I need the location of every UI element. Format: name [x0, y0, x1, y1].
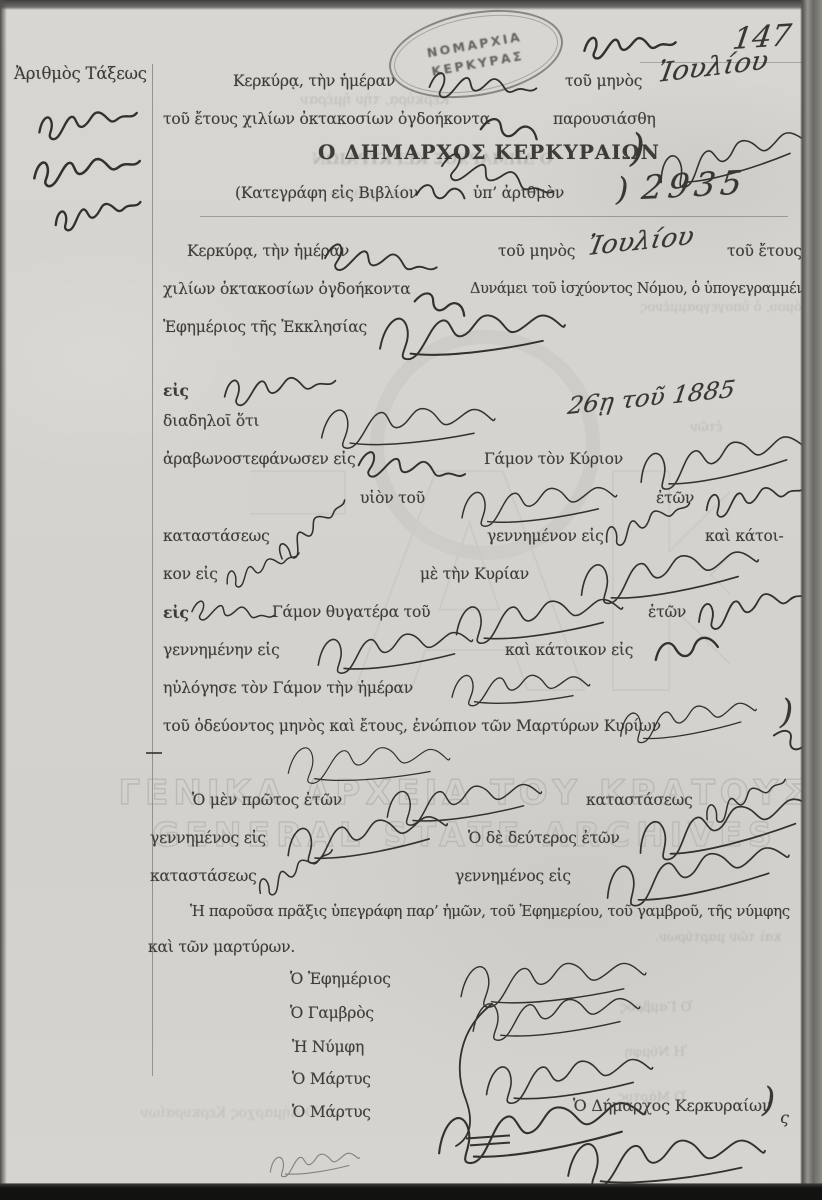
act-born-m1: γεννημένος εἰς	[150, 829, 266, 847]
act-of-year: τοῦ ἔτους	[727, 242, 802, 260]
margin-column-rule	[152, 64, 153, 1076]
handwriting-wedding-day	[427, 659, 612, 711]
order-number-label: Ἀριθμὸς Τάξεως	[14, 64, 147, 83]
label-mayor: Ὁ Δήμαρχος Κερκυραίων	[573, 1096, 771, 1115]
act-with-lady: μὲ τὴν Κυρίαν	[420, 565, 529, 583]
header-year-line: τοῦ ἔτους χιλίων ὀκτακοσίων ὀγδοήκοντα	[163, 110, 490, 128]
act-born-at-f: γεννημένην εἰς	[163, 641, 280, 659]
act-year-line: χιλίων ὀκτακοσίων ὀγδοήκοντα	[163, 280, 411, 298]
act-priest-line: Ἐφημέριος τῆς Ἐκκλησίας	[163, 318, 367, 336]
scan-edge-right	[800, 0, 822, 1200]
act-marriage-groom: Γάμον τὸν Κύριον	[484, 450, 623, 468]
act-son-of: υἱὸν τοῦ	[360, 489, 425, 507]
header-registered-pre: (Κατεγράφη εἰς Βιβλίον	[235, 184, 418, 202]
act-at: εἰς	[163, 381, 189, 400]
act-first-witness: Ὁ μὲν πρῶτος ἐτῶν	[192, 791, 342, 809]
header-brace-1: )	[630, 126, 645, 170]
act-betrothed: ἀραβωνοστεφάνωσεν εἰς	[163, 450, 356, 468]
bleedthrough-text: Ὁ Δήμαρχος Κερκυραίων	[140, 1105, 317, 1121]
act-at2: εἰς	[163, 603, 189, 622]
act-born-at-m: γεννημένον εἰς	[487, 527, 604, 545]
header-of-month: τοῦ μηνὸς	[565, 72, 642, 90]
act-resident-cont: κον εἰς	[163, 565, 218, 583]
scan-edge-left	[0, 0, 7, 1200]
header-brace-2: )	[616, 170, 628, 208]
act-born-m2: γεννημένος εἰς	[455, 867, 571, 885]
label-witness2: Ὁ Μάρτυς	[292, 1103, 371, 1121]
bleedthrough-text: Δυνάμει τοῦ ἰσχύοντος Νόμου, ὁ ὑπογεγραμ…	[640, 300, 822, 315]
handwriting-act-month: Ἰουλίου	[585, 221, 696, 262]
act-second-witness: Ὁ δὲ δεύτερος ἐτῶν	[468, 829, 620, 847]
handwriting-margin-1	[34, 97, 142, 148]
act-years2: ἐτῶν	[648, 603, 686, 621]
act-closing1: Ἡ παροῦσα πρᾶξις ὑπεγράφη παρ’ ἡμῶν, τοῦ…	[190, 902, 790, 920]
register-number: 2935	[640, 163, 750, 207]
act-declares: διαδηλοῖ ὅτι	[163, 412, 259, 430]
label-groom: Ὁ Γαμβρὸς	[290, 1004, 374, 1022]
ink-smudge	[213, 1136, 415, 1187]
scanned-marriage-act-page: ΓΑΚ ΓΕΝΙΚΑ ΑΡΧΕΙΑ ΤΟΥ ΚΡΑΤΟΥΣ GENERAL ST…	[0, 0, 822, 1200]
header-city-day: Κερκύρᾳ, τὴν ἡμέραν	[233, 72, 395, 90]
label-bride: Ἡ Νύμφη	[292, 1038, 364, 1056]
act-closing2: καὶ τῶν μαρτύρων.	[148, 938, 295, 956]
header-separator-rule	[200, 216, 788, 217]
act-blessed: ηὐλόγησε τὸν Γάμον τὴν ἡμέραν	[163, 679, 413, 697]
act-status: καταστάσεως	[163, 527, 270, 545]
dash-mark	[146, 752, 162, 754]
act-status3: καταστάσεως	[150, 867, 257, 885]
label-witness1: Ὁ Μάρτυς	[292, 1070, 371, 1088]
label-priest: Ὁ Ἐφημέριος	[290, 970, 391, 988]
scan-edge-top	[0, 0, 822, 10]
scan-edge-bottom	[0, 1183, 822, 1200]
act-of-month: τοῦ μηνὸς	[498, 242, 575, 260]
act-and-resident: καὶ κάτοικον εἰς	[505, 641, 633, 659]
handwriting-book	[412, 172, 472, 211]
header-registered-post: ὑπ’ ἀριθμὸν	[473, 184, 564, 202]
